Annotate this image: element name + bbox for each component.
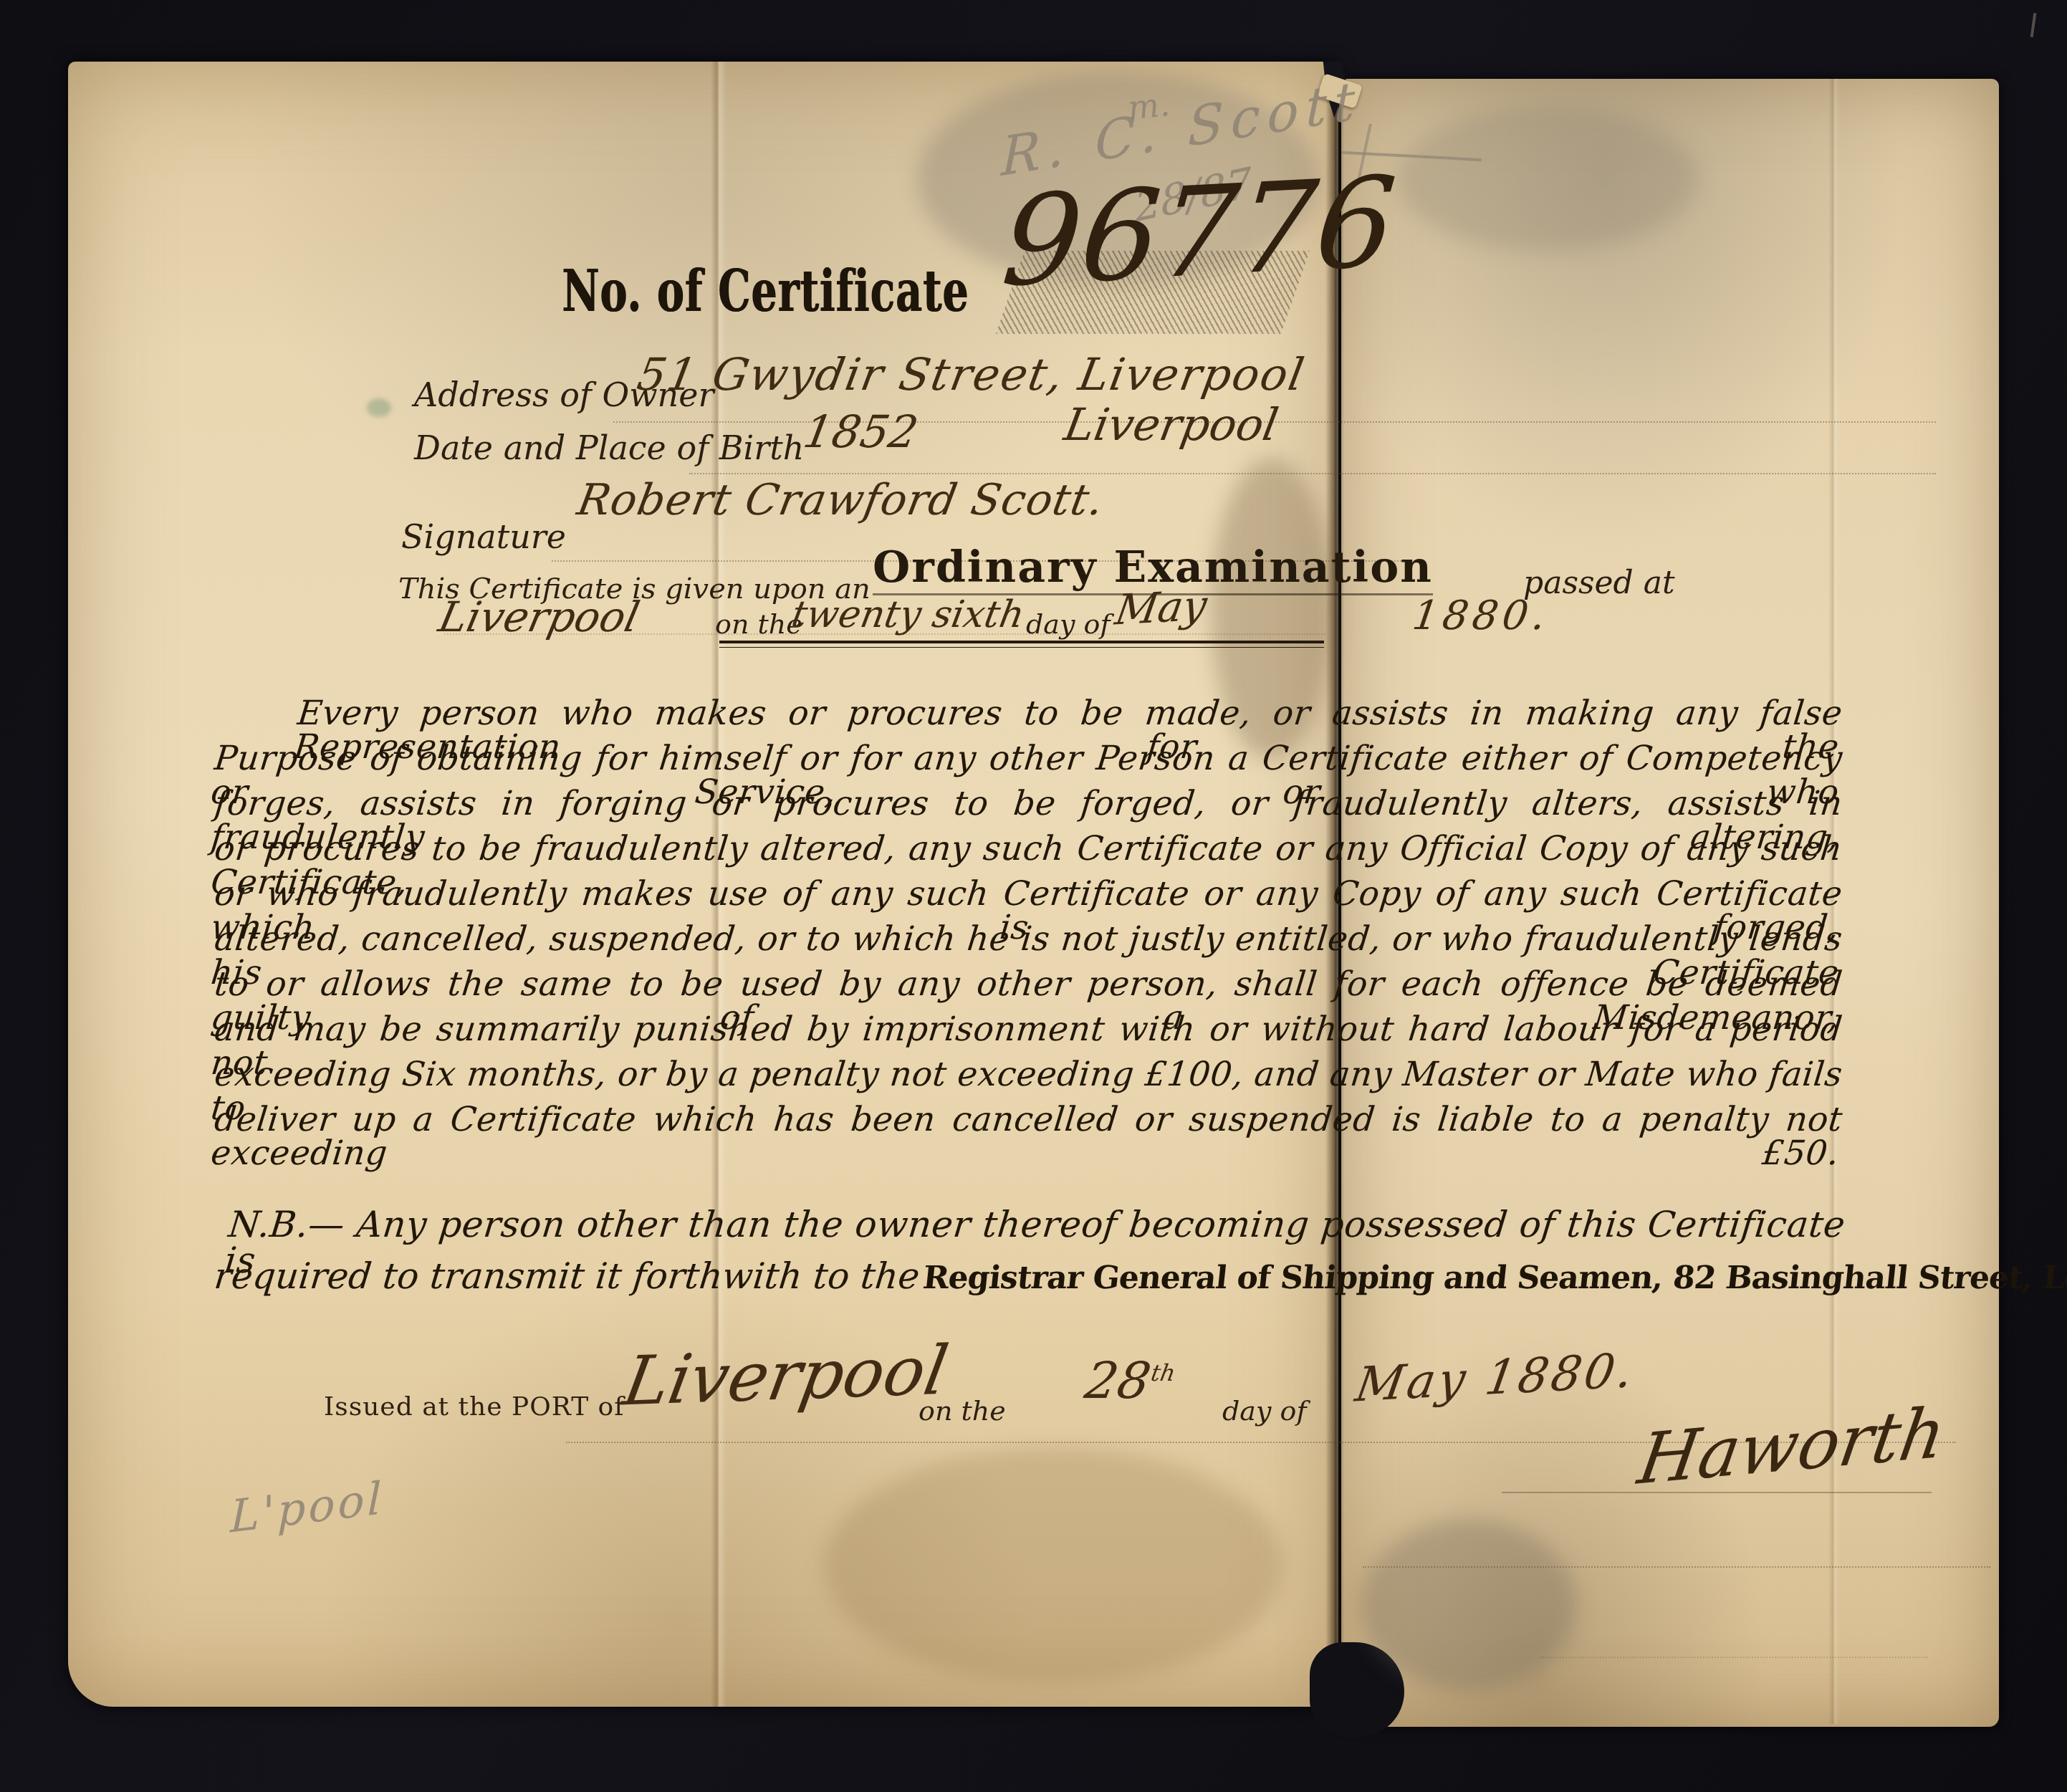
issued-at-port-label: Issued at the PORT of xyxy=(324,1394,625,1420)
address-value: 51 Gwydir Street, Liverpool xyxy=(634,353,1308,397)
exam-place-value: Liverpool xyxy=(436,596,643,638)
legal-line: deliver up a Certificate which has been … xyxy=(209,1103,1844,1170)
issue-on-the-text: on the xyxy=(919,1397,1006,1424)
day-of-text: day of xyxy=(1026,610,1110,638)
ruled-line-bottom xyxy=(1363,1566,1990,1568)
notice-line-2-bold: Registrar General of Shipping and Seamen… xyxy=(921,1260,2067,1296)
birth-label: Date and Place of Birth xyxy=(414,431,804,464)
issue-day-value: 28th xyxy=(1082,1356,1179,1406)
stain xyxy=(1361,1519,1576,1691)
certificate-number-value: 96776 xyxy=(998,160,1401,305)
signature-value: Robert Crawford Scott. xyxy=(574,479,1107,522)
issue-month-year-value: May 1880. xyxy=(1352,1347,1639,1409)
issue-day-suffix: th xyxy=(1149,1359,1178,1386)
issue-day-of-text: day of xyxy=(1222,1397,1306,1424)
notice-line-2: required to transmit it forthwith to the… xyxy=(213,1258,1856,1294)
corner-tick xyxy=(2030,13,2037,37)
green-spot xyxy=(367,398,391,417)
notice-line-2-script: required to transmit it forthwith to the xyxy=(212,1255,921,1297)
issue-day-number: 28 xyxy=(1081,1351,1156,1410)
double-rule xyxy=(719,641,1324,648)
stain xyxy=(824,1447,1282,1684)
exam-month-value: May xyxy=(1113,584,1210,631)
stain xyxy=(1397,107,1698,251)
issue-port-value: Liverpool xyxy=(618,1337,952,1416)
certificate-photograph: m. R. C. Scott 28/87 No. of Certificate … xyxy=(0,0,2067,1792)
birth-place-value: Liverpool xyxy=(1061,403,1281,447)
certificate-number-label: No. of Certificate xyxy=(562,262,969,320)
signature-label: Signature xyxy=(401,520,566,553)
ruled-line-birth xyxy=(689,473,1936,474)
exam-day-value: twenty sixth xyxy=(789,596,1027,633)
ruled-line-bottom-2 xyxy=(1540,1657,1927,1658)
birth-year-value: 1852 xyxy=(800,410,921,454)
exam-year-value: 1880. xyxy=(1410,596,1552,636)
